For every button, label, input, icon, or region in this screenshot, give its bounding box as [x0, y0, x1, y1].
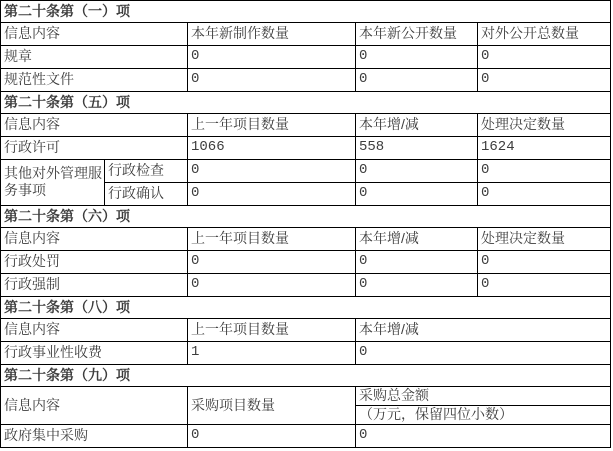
column-header-info-content: 信息内容: [1, 114, 188, 137]
column-header-year-change: 本年增/减: [356, 228, 478, 251]
table-row: 行政事业性收费 1 0: [1, 342, 611, 365]
section-header-row: 第二十条第（一）项: [1, 1, 611, 23]
column-header-decision-count: 处理决定数量: [478, 228, 611, 251]
cell-value: 0: [188, 69, 356, 92]
column-header-row: 信息内容 上一年项目数量 本年增/减: [1, 319, 611, 342]
table-row: 行政许可 1066 558 1624: [1, 137, 611, 160]
cell-value: 0: [356, 342, 611, 365]
column-header-procurement-total: 采购总金额: [356, 387, 611, 406]
table-row: 规章 0 0 0: [1, 46, 611, 69]
section-title: 第二十条第（一）项: [1, 1, 611, 23]
cell-value: 1624: [478, 137, 611, 160]
cell-value: 0: [356, 160, 478, 183]
table-row: 行政处罚 0 0 0: [1, 251, 611, 274]
cell-value: 0: [478, 274, 611, 297]
row-label: 行政处罚: [1, 251, 188, 274]
cell-value: 0: [356, 274, 478, 297]
column-header-info-content: 信息内容: [1, 319, 188, 342]
column-header-row: 信息内容 上一年项目数量 本年增/减 处理决定数量: [1, 228, 611, 251]
column-header-prev-year-count: 上一年项目数量: [188, 114, 356, 137]
column-header-prev-year-count: 上一年项目数量: [188, 319, 356, 342]
column-header-year-change: 本年增/减: [356, 319, 611, 342]
table-row: 政府集中采购 0 0: [1, 425, 611, 448]
cell-value: 0: [188, 274, 356, 297]
cell-value: 0: [478, 69, 611, 92]
cell-value: 0: [188, 183, 356, 206]
cell-value: 0: [356, 46, 478, 69]
row-group-label: 其他对外管理服务事项: [1, 160, 105, 206]
cell-value: 0: [188, 46, 356, 69]
row-label: 规范性文件: [1, 69, 188, 92]
column-header-info-content: 信息内容: [1, 387, 188, 425]
column-header-procurement-total-unit: （万元，保留四位小数）: [356, 406, 611, 425]
row-label: 行政强制: [1, 274, 188, 297]
cell-value: 0: [478, 46, 611, 69]
section-title: 第二十条第（五）项: [1, 92, 611, 114]
row-label: 行政事业性收费: [1, 342, 188, 365]
disclosure-report-table: 第二十条第（一）项 信息内容 本年新制作数量 本年新公开数量 对外公开总数量 规…: [0, 0, 611, 448]
row-sublabel: 行政确认: [105, 183, 188, 206]
column-header-total-published: 对外公开总数量: [478, 23, 611, 46]
section-header-row: 第二十条第（六）项: [1, 206, 611, 228]
column-header-info-content: 信息内容: [1, 23, 188, 46]
row-label: 政府集中采购: [1, 425, 188, 448]
table-row: 规范性文件 0 0 0: [1, 69, 611, 92]
row-label: 行政许可: [1, 137, 188, 160]
column-header-procurement-count: 采购项目数量: [188, 387, 356, 425]
section-title: 第二十条第（八）项: [1, 297, 611, 319]
cell-value: 1: [188, 342, 356, 365]
cell-value: 0: [188, 160, 356, 183]
cell-value: 0: [478, 160, 611, 183]
column-header-year-change: 本年增/减: [356, 114, 478, 137]
section-header-row: 第二十条第（八）项: [1, 297, 611, 319]
cell-value: 0: [356, 69, 478, 92]
column-header-info-content: 信息内容: [1, 228, 188, 251]
column-header-decision-count: 处理决定数量: [478, 114, 611, 137]
row-label: 规章: [1, 46, 188, 69]
cell-value: 0: [356, 425, 611, 448]
column-header-row: 信息内容 本年新制作数量 本年新公开数量 对外公开总数量: [1, 23, 611, 46]
section-header-row: 第二十条第（九）项: [1, 365, 611, 387]
column-header-new-made: 本年新制作数量: [188, 23, 356, 46]
table-row: 其他对外管理服务事项 行政检查 0 0 0: [1, 160, 611, 183]
table-row: 行政强制 0 0 0: [1, 274, 611, 297]
cell-value: 0: [356, 251, 478, 274]
section-title: 第二十条第（六）项: [1, 206, 611, 228]
column-header-prev-year-count: 上一年项目数量: [188, 228, 356, 251]
cell-value: 0: [478, 183, 611, 206]
column-header-new-published: 本年新公开数量: [356, 23, 478, 46]
cell-value: 1066: [188, 137, 356, 160]
section-title: 第二十条第（九）项: [1, 365, 611, 387]
cell-value: 0: [356, 183, 478, 206]
cell-value: 558: [356, 137, 478, 160]
column-header-row: 信息内容 上一年项目数量 本年增/减 处理决定数量: [1, 114, 611, 137]
row-sublabel: 行政检查: [105, 160, 188, 183]
cell-value: 0: [188, 251, 356, 274]
section-header-row: 第二十条第（五）项: [1, 92, 611, 114]
column-header-row: 信息内容 采购项目数量 采购总金额: [1, 387, 611, 406]
cell-value: 0: [478, 251, 611, 274]
cell-value: 0: [188, 425, 356, 448]
